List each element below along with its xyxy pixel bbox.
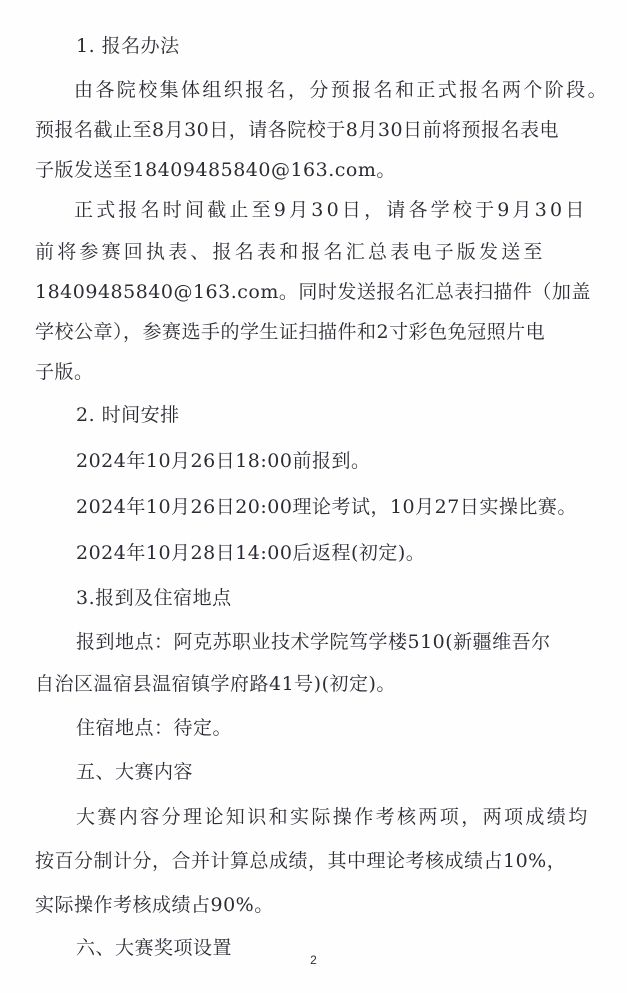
- paragraph-line: 实际操作考核成绩占90%。: [35, 893, 274, 917]
- schedule-item: 2024年10月26日18:00前报到。: [76, 449, 370, 473]
- paragraph-line: 子版发送至18409485840@163.com。: [35, 158, 396, 182]
- paragraph-line: 18409485840@163.com。同时发送报名汇总表扫描件（加盖: [35, 280, 591, 304]
- paragraph-line: 大赛内容分理论知识和实际操作考核两项，两项成绩均: [76, 805, 590, 829]
- section-heading-schedule: 2. 时间安排: [76, 403, 180, 427]
- paragraph-line: 前将参赛回执表、报名表和报名汇总表电子版发送至: [35, 240, 546, 264]
- section-heading-registration: 1. 报名办法: [76, 34, 180, 58]
- paragraph-line: 按百分制计分，合并计算总成绩，其中理论考核成绩占10%，: [35, 849, 566, 873]
- page-number: 2: [0, 953, 627, 967]
- paragraph-line: 住宿地点：待定。: [76, 716, 232, 740]
- paragraph-line: 由各院校集体组织报名，分预报名和正式报名两个阶段。: [74, 78, 609, 102]
- schedule-item: 2024年10月26日20:00理论考试，10月27日实操比赛。: [76, 495, 577, 519]
- section-heading-content: 五、大赛内容: [76, 760, 193, 784]
- section-heading-location: 3.报到及住宿地点: [76, 586, 232, 610]
- paragraph-line: 报到地点：阿克苏职业技术学院笃学楼510(新疆维吾尔: [76, 630, 551, 654]
- document-page: 1. 报名办法 由各院校集体组织报名，分预报名和正式报名两个阶段。 预报名截止至…: [0, 0, 627, 993]
- paragraph-line: 学校公章），参赛选手的学生证扫描件和2寸彩色免冠照片电: [35, 320, 545, 344]
- paragraph-line: 正式报名时间截止至9月30日，请各学校于9月30日: [74, 198, 588, 222]
- schedule-item: 2024年10月28日14:00后返程(初定)。: [76, 541, 425, 565]
- paragraph-line: 子版。: [35, 360, 94, 384]
- paragraph-line: 自治区温宿县温宿镇学府路41号)(初定)。: [35, 672, 396, 696]
- paragraph-line: 预报名截止至8月30日，请各院校于8月30日前将预报名表电: [35, 118, 559, 142]
